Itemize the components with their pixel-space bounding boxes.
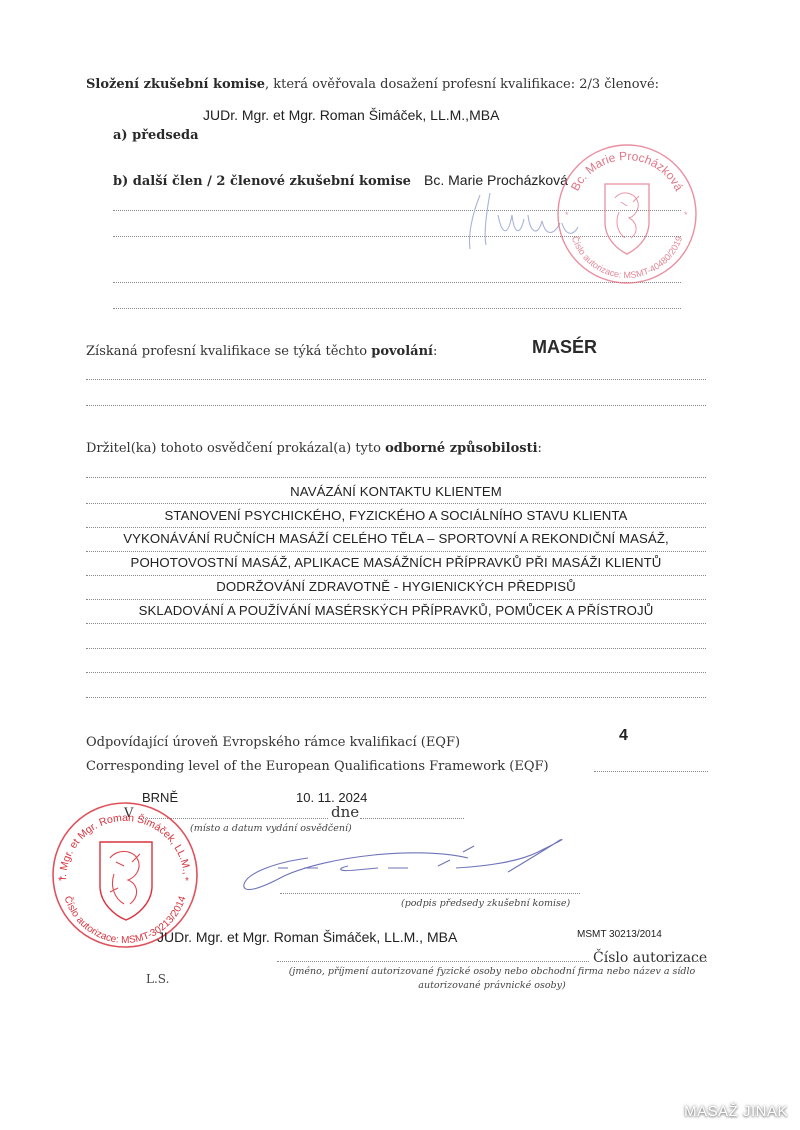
dotted-line bbox=[86, 599, 706, 600]
dotted-line bbox=[594, 771, 708, 772]
authorization-number: MSMT 30213/2014 bbox=[577, 929, 662, 940]
competence-item: NAVÁZÁNÍ KONTAKTU KLIENTEM bbox=[86, 484, 706, 499]
dotted-line bbox=[86, 503, 706, 504]
chair-signature bbox=[238, 838, 578, 898]
dotted-line bbox=[86, 648, 706, 649]
authorized-name: JUDr. Mgr. et Mgr. Roman Šimáček, LL.M.,… bbox=[157, 929, 457, 945]
member-label: b) další člen / 2 členové zkušební komis… bbox=[113, 174, 411, 189]
signature-caption: (podpis předsedy zkušební komise) bbox=[401, 898, 570, 909]
ls-mark: L.S. bbox=[146, 972, 169, 986]
dotted-line bbox=[86, 379, 706, 380]
dotted-line bbox=[86, 697, 706, 698]
dotted-line bbox=[663, 961, 707, 962]
member-stamp: Bc. Marie Procházková Číslo autorizace: … bbox=[555, 142, 700, 287]
dotted-line bbox=[360, 818, 464, 819]
dotted-line bbox=[280, 893, 580, 894]
member-stamp-bottom-text: Číslo autorizace: MSMT-40480/2019 bbox=[570, 235, 684, 280]
svg-text:Číslo autorizace: MSMT-40480/2: Číslo autorizace: MSMT-40480/2019 bbox=[570, 235, 684, 280]
eqf-label-en: Corresponding level of the European Qual… bbox=[86, 759, 549, 774]
occupation-value: MASÉR bbox=[532, 337, 597, 358]
competences-label-colon: : bbox=[538, 441, 542, 456]
dotted-line bbox=[86, 405, 706, 406]
svg-text:*: * bbox=[58, 876, 62, 887]
chair-name: JUDr. Mgr. et Mgr. Roman Šimáček, LL.M.,… bbox=[203, 107, 499, 123]
competences-label-text: Držitel(ka) tohoto osvědčení prokázal(a)… bbox=[86, 441, 385, 456]
dotted-line bbox=[86, 575, 706, 576]
dotted-line bbox=[86, 551, 706, 552]
svg-text:*: * bbox=[684, 210, 688, 220]
occupation-label-text: Získaná profesní kvalifikace se týká těc… bbox=[86, 344, 371, 359]
competences-label-bold: odborné způsobilosti bbox=[385, 441, 537, 456]
authorized-caption-line1: (jméno, příjmení autorizované fyzické os… bbox=[272, 966, 712, 977]
competence-item: DODRŽOVÁNÍ ZDRAVOTNĚ - HYGIENICKÝCH PŘED… bbox=[86, 579, 706, 594]
chair-stamp: JUDr. Mgr. et Mgr. Roman Šimáček, LL.M.,… bbox=[50, 800, 200, 950]
committee-heading: Složení zkušební komise, která ověřovala… bbox=[86, 77, 659, 92]
competence-item: SKLADOVÁNÍ A POUŽÍVÁNÍ MASÉRSKÝCH PŘÍPRA… bbox=[86, 603, 706, 618]
watermark: MASAŽ JINAK bbox=[684, 1103, 788, 1120]
occupation-label-bold: povolání bbox=[371, 344, 433, 359]
committee-heading-rest: , která ověřovala dosažení profesní kval… bbox=[265, 77, 659, 92]
occupation-label: Získaná profesní kvalifikace se týká těc… bbox=[86, 344, 437, 359]
authorization-label: Číslo autorizace bbox=[593, 950, 707, 966]
committee-heading-bold: Složení zkušební komise bbox=[86, 77, 265, 92]
dotted-line bbox=[86, 672, 706, 673]
competence-item: STANOVENÍ PSYCHICKÉHO, FYZICKÉHO A SOCIÁ… bbox=[86, 508, 706, 523]
issue-date-word: dne bbox=[331, 803, 359, 821]
svg-text:JUDr. Mgr. et Mgr. Roman Šimáč: JUDr. Mgr. et Mgr. Roman Šimáček, LL.M.,… bbox=[50, 800, 193, 880]
competence-item: POHOTOVOSTNÍ MASÁŽ, APLIKACE MASÁŽNÍCH P… bbox=[86, 555, 706, 570]
competences-label: Držitel(ka) tohoto osvědčení prokázal(a)… bbox=[86, 441, 542, 456]
coat-of-arms-icon bbox=[100, 842, 152, 920]
chair-label: a) předseda bbox=[113, 128, 199, 143]
chair-stamp-top-text: JUDr. Mgr. et Mgr. Roman Šimáček, LL.M.,… bbox=[50, 800, 193, 880]
competence-item: VYKONÁVÁNÍ RUČNÍCH MASÁŽÍ CELÉHO TĚLA – … bbox=[86, 531, 706, 546]
svg-text:*: * bbox=[565, 210, 569, 220]
dotted-line bbox=[86, 527, 706, 528]
issue-caption: (místo a datum vydání osvědčení) bbox=[190, 823, 352, 834]
svg-text:Bc. Marie Procházková: Bc. Marie Procházková bbox=[568, 149, 686, 194]
coat-of-arms-icon bbox=[605, 184, 649, 254]
eqf-label-cz: Odpovídající úroveň Evropského rámce kva… bbox=[86, 735, 460, 750]
dotted-line bbox=[86, 477, 706, 478]
svg-text:*: * bbox=[185, 876, 189, 887]
dotted-line bbox=[277, 961, 589, 962]
member-stamp-top-text: Bc. Marie Procházková bbox=[568, 149, 686, 194]
authorized-caption-line2: autorizované právnické osoby) bbox=[272, 980, 712, 991]
dotted-line bbox=[113, 308, 681, 309]
dotted-line bbox=[86, 623, 706, 624]
eqf-level: 4 bbox=[619, 727, 628, 745]
occupation-label-colon: : bbox=[433, 344, 437, 359]
